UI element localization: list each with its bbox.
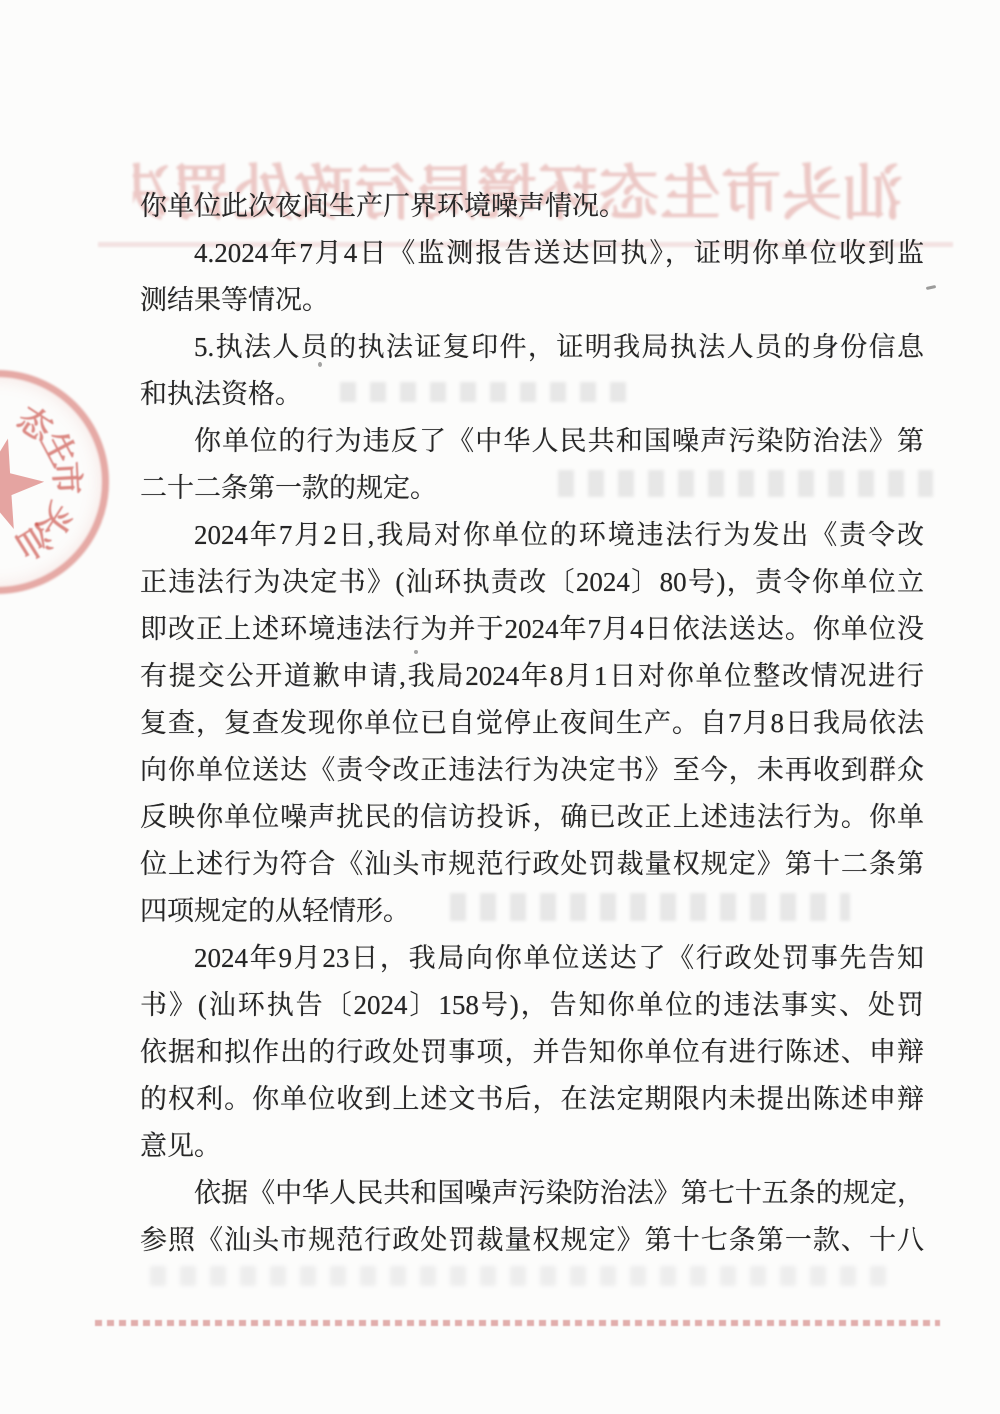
pink-dotted-bleed-line [95,1320,940,1326]
text-line: 你单位此次夜间生产厂界环境噪声情况。 [140,183,924,230]
text-line: 书》(汕环执告〔2024〕158号)，告知你单位的违法事实、处罚 [140,982,924,1029]
text-line: 和执法资格。 [140,371,924,418]
text-line: 参照《汕头市规范行政处罚裁量权规定》第十七条第一款、十八 [140,1217,924,1264]
text-line: 的权利。你单位收到上述文书后，在法定期限内未提出陈述申辩 [140,1076,924,1123]
text-line: 向你单位送达《责令改正违法行为决定书》至今，未再收到群众 [140,747,924,794]
text-line: 二十二条第一款的规定。 [140,465,924,512]
text-line: 即改正上述环境违法行为并于2024年7月4日依法送达。你单位没 [140,606,924,653]
text-line: 反映你单位噪声扰民的信访投诉，确已改正上述违法行为。你单 [140,794,924,841]
text-line: 2024年9月23日，我局向你单位送达了《行政处罚事先告知 [140,935,924,982]
seal-arc-character: 汕 [9,514,62,571]
text-line: 2024年7月2日,我局对你单位的环境违法行为发出《责令改 [140,512,924,559]
text-line: 依据和拟作出的行政处罚事项，并告知你单位有进行陈述、申辩 [140,1029,924,1076]
text-line: 测结果等情况。 [140,277,924,324]
seal-arc-character: 头 [28,494,85,547]
seal-arc-character: 态 [9,393,62,450]
text-line: 你单位的行为违反了《中华人民共和国噪声污染防治法》第 [140,418,924,465]
text-line: 正违法行为决定书》(汕环执责改〔2024〕80号)，责令你单位立 [140,559,924,606]
text-line: 依据《中华人民共和国噪声污染防治法》第七十五条的规定， [140,1170,924,1217]
text-line: 4.2024年7月4日《监测报告送达回执》，证明你单位收到监 [140,230,924,277]
scan-speck [926,285,936,290]
text-line: 复查，复查发现你单位已自觉停止夜间生产。自7月8日我局依法 [140,700,924,747]
text-line: 5.执法人员的执法证复印件，证明我局执法人员的身份信息 [140,324,924,371]
seal-star-icon [0,427,54,542]
document-body: 你单位此次夜间生产厂界环境噪声情况。4.2024年7月4日《监测报告送达回执》，… [140,183,924,1264]
seal-arc-character: 生 [33,422,90,473]
scanned-document-page: 汕头市生态环境局行政处罚决定书 你单位此次夜间生产厂界环境噪声情况。4.2024… [0,0,1000,1414]
text-line: 意见。 [140,1123,924,1170]
text-line: 四项规定的从轻情形。 [140,888,924,935]
text-line: 有提交公开道歉申请,我局2024年8月1日对你单位整改情况进行 [140,653,924,700]
official-red-seal: 态 生 市 头 汕 [0,0,130,640]
text-line: 位上述行为符合《汕头市规范行政处罚裁量权规定》第十二条第 [140,841,924,888]
seal-ring [0,370,109,594]
ghost-bleed-row [150,1266,890,1286]
seal-arc-character: 市 [45,460,94,495]
